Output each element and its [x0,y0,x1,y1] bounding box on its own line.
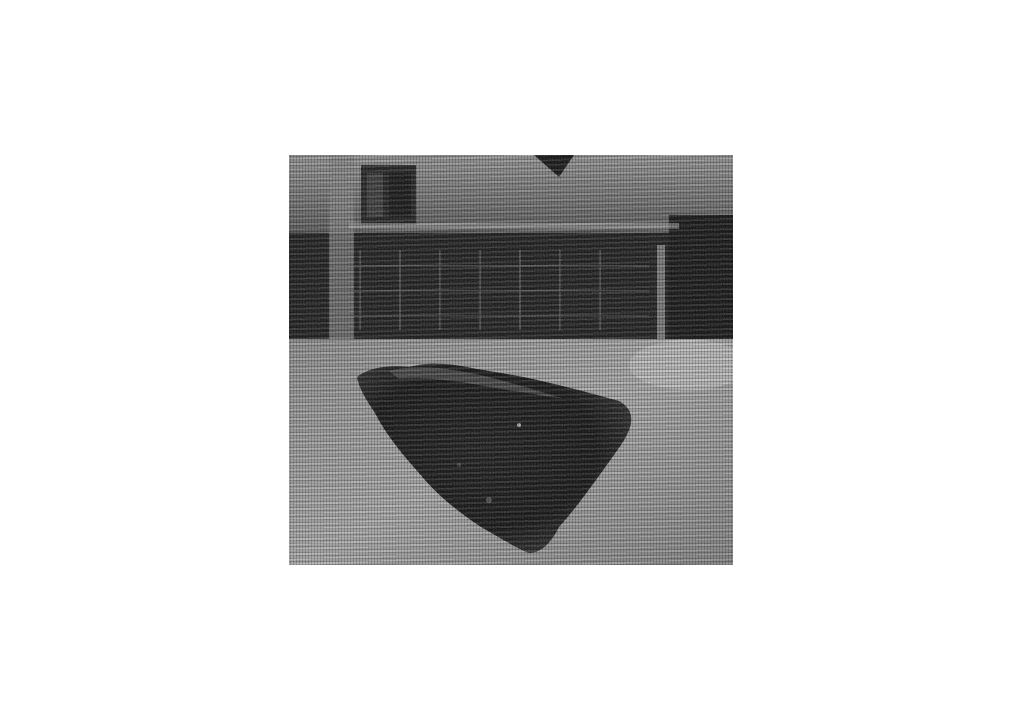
photo-scene [289,155,733,565]
specimen-photograph [289,155,733,565]
